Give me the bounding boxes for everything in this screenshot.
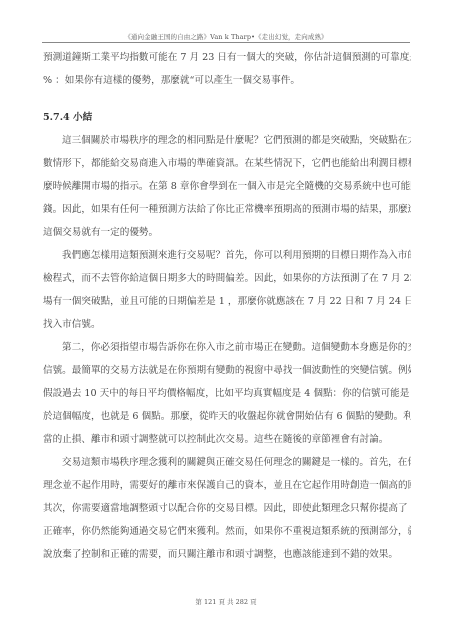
text-line: 其次，你需要適當地調整頭寸以配合你的交易目標。因此，即使此類理念只幫你提高了 1… [43, 497, 411, 520]
paragraph-2: 我們應怎樣用這類預測來進行交易呢？首先，你可以利用預期的目標日期作為入市的篩 檢… [43, 244, 411, 336]
text-line: 我們應怎樣用這類預測來進行交易呢？首先，你可以利用預期的目標日期作為入市的篩 [43, 244, 411, 267]
text-line: % ：如果你有這樣的優勢，那麼就“可以產生一個交易事件。 [43, 69, 411, 92]
paragraph-4: 交易這類市場秩序理念獲利的關鍵與正確交易任何理念的關鍵是一樣的。首先，在你的 理… [43, 451, 411, 566]
text-line: 錢。因此，如果有任何一種預測方法給了你比正常機率預期高的預測市場的結果，那麼進行 [43, 198, 411, 221]
paragraph-3: 第二，你必須指望市場告訴你在你入市之前市場正在變動。這個變動本身應是你的交易 信… [43, 336, 411, 451]
text-line: 交易這類市場秩序理念獲利的關鍵與正確交易任何理念的關鍵是一樣的。首先，在你的 [43, 451, 411, 474]
text-line: 理念並不起作用時，需要好的離市來保護自己的資本，並且在它起作用時創造一個高的回報… [43, 474, 411, 497]
text-line: 這三個關於市場秩序的理念的相同點是什麼呢？它們預測的都是突破點，突破點在大多 [43, 129, 411, 152]
text-line: 正確率，你仍然能夠通過交易它們來獲利。然而，如果你不重視這類系統的預測部分，就是 [43, 520, 411, 543]
text-line: 假設過去 10 天中的每日平均價格幅度，比如平均真實幅度是 4 個點：你的信號可… [43, 382, 411, 405]
text-line: 數情形下，都能給交易商進入市場的準確資訊。在某些情況下，它們也能給出利潤目標和什 [43, 152, 411, 175]
paragraph-1: 這三個關於市場秩序的理念的相同點是什麼呢？它們預測的都是突破點，突破點在大多 數… [43, 129, 411, 244]
text-line: 說放棄了控制和正確的需要，而只關注離市和頭寸調整，也應該能達到不錯的效果。 [43, 543, 411, 566]
document-body: 預測道鐘斯工業平均指數可能在 7 月 23 日有一個大的突破，你估計這個預測的可… [43, 46, 411, 566]
text-line: 第二，你必須指望市場告訴你在你入市之前市場正在變動。這個變動本身應是你的交易 [43, 336, 411, 359]
text-line: 找入市信號。 [43, 313, 411, 336]
text-line: 預測道鐘斯工業平均指數可能在 7 月 23 日有一個大的突破，你估計這個預測的可… [43, 46, 411, 69]
text-line: 麼時候離開市場的指示。在第 8 章你會學到在一個入市是完全隨機的交易系統中也可能… [43, 175, 411, 198]
text-line: 這個交易就有一定的優勢。 [43, 221, 411, 244]
header-rule [42, 42, 410, 43]
text-line: 於這個幅度，也就是 6 個點。那麼，從昨天的收盤起你就會開始佔有 6 個點的變動… [43, 405, 411, 428]
text-line: 當的止損、離市和頭寸調整就可以控制此次交易。這些在隨後的章節裡會有討論。 [43, 428, 411, 451]
text-line: 場有一個突破點，並且可能的日期偏差是 1 ，那麼你就應該在 7 月 22 日和 … [43, 290, 411, 313]
text-line: 檢程式，而不去管你給這個日期多大的時間偏差。因此，如果你的方法預測了在 7 月 … [43, 267, 411, 290]
running-header: 《通向金融王国的自由之路》Van k Tharp•《走出幻觉，走向成熟》 [42, 32, 410, 41]
section-heading: 5.7.4 小結 [43, 106, 411, 129]
page-footer: 第 121 頁 共 282 頁 [0, 597, 452, 606]
text-line: 信號。最簡單的交易方法就是在你預期有變動的視窗中尋找一個波動性的突變信號。例如， [43, 359, 411, 382]
